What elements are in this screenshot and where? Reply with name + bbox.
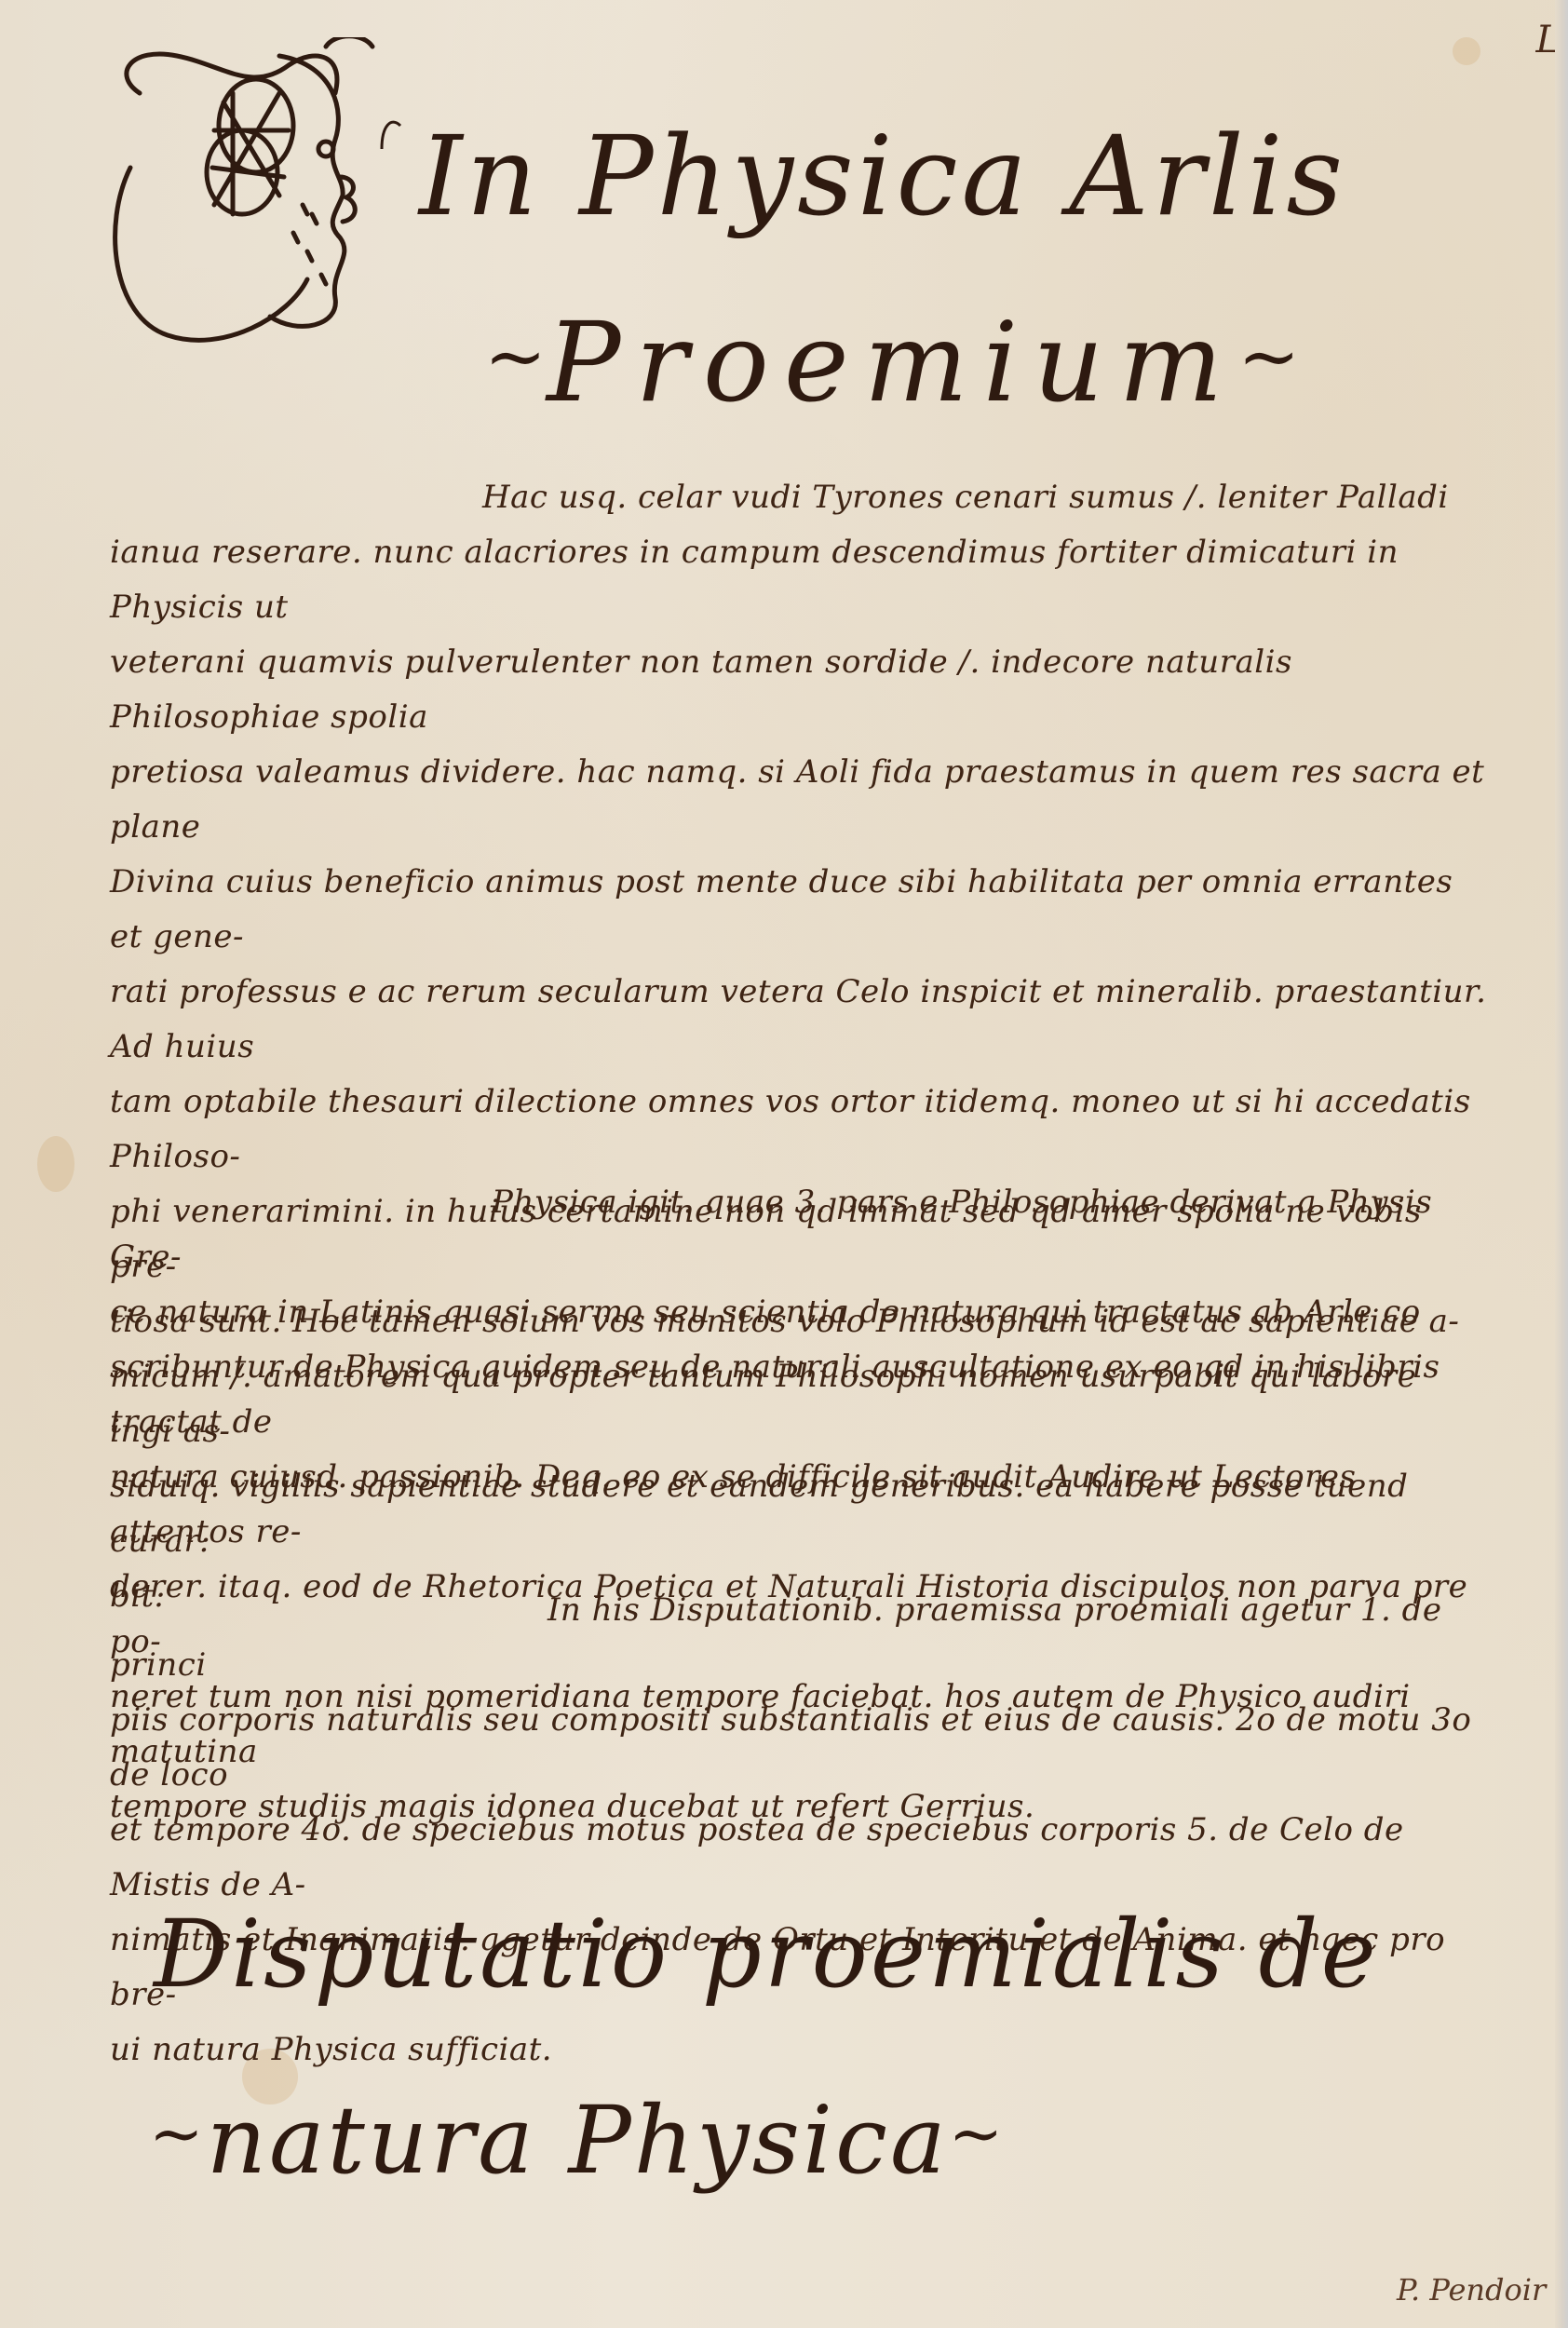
text-line: rati professus e ac rerum secularum vete…	[110, 965, 1488, 1075]
subtitle-text: Proemium	[547, 298, 1237, 426]
text-line: scribuntur de Physica quidem seu de natu…	[110, 1340, 1488, 1450]
text-line: Hac usq. celar vudi Tyrones cenari sumus…	[110, 470, 1488, 525]
text-line: Physica igit. quae 3. pars e Philosophia…	[110, 1175, 1488, 1285]
text-line: pretiosa valeamus dividere. hac namq. si…	[110, 745, 1488, 855]
page-title: In Physica Arlis	[419, 112, 1346, 240]
ornament-tilde: ~	[949, 2095, 1007, 2172]
section-heading-line-2: ~natura Physica~	[149, 2086, 1006, 2195]
page-edge	[1555, 0, 1568, 2328]
text-line: et tempore 4o. de speciebus motus postea…	[110, 1803, 1488, 1913]
paper-stain	[1453, 37, 1480, 65]
text-line: Divina cuius beneficio animus post mente…	[110, 855, 1488, 965]
text-line: ui natura Physica sufficiat.	[110, 2023, 1488, 2078]
text-line: In his Disputationib. praemissa proemial…	[110, 1583, 1488, 1693]
ornament-tilde: ~	[484, 313, 547, 399]
page-subtitle: ~Proemium~	[484, 298, 1300, 426]
text-line: ce natura in Latinis quasi sermo seu sci…	[110, 1285, 1488, 1340]
text-line: veterani quamvis pulverulenter non tamen…	[110, 635, 1488, 745]
text-line: natura cuiusd. passionib. Deq. eo ex se …	[110, 1450, 1488, 1560]
paper-stain	[37, 1136, 74, 1192]
decorated-initial-icon	[102, 37, 456, 345]
text-line: ianua reserare. nunc alacriores in campu…	[110, 525, 1488, 635]
section-heading: Disputatio proemialis de	[154, 1900, 1379, 2009]
ornament-tilde: ~	[149, 2095, 207, 2172]
ornament-tilde: ~	[1237, 313, 1300, 399]
signature: P. Pendoir	[1397, 2272, 1546, 2308]
section-heading-text: natura Physica	[207, 2086, 949, 2195]
text-line: piis corporis naturalis seu compositi su…	[110, 1693, 1488, 1803]
text-line: tam optabile thesauri dilectione omnes v…	[110, 1075, 1488, 1184]
manuscript-page: L In Physica Arlis ~Proemium~ Hac usq. c…	[0, 0, 1568, 2328]
